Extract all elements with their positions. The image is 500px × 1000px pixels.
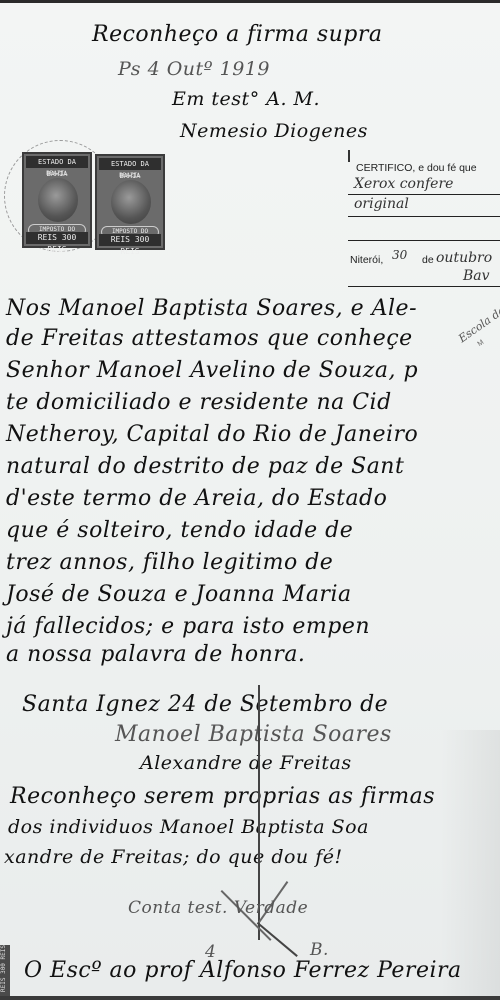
stamp-country: BRAZIL (97, 172, 163, 179)
cert-rule (348, 194, 500, 195)
cross-diagonal-line (257, 922, 298, 957)
body-line: que é solteiro, tendo idade de (6, 518, 353, 543)
stamp-state: ESTADO DA BAHIA (99, 158, 161, 170)
cert-rule (348, 216, 500, 217)
stamp-state: ESTADO DA BAHIA (26, 156, 88, 168)
body-line: trez annos, filho legitimo de (6, 550, 333, 575)
cert-rule (348, 240, 500, 241)
notary-line: dos individuos Manoel Baptista Soa (8, 816, 369, 838)
side-stamp-text: REIS 300 REIS (0, 945, 7, 992)
body-line: José de Souza e Joanna Maria (6, 582, 352, 607)
header-annotation-line: Reconheço a firma supra (92, 22, 383, 47)
body-line: Nos Manoel Baptista Soares, e Ale- (6, 296, 417, 321)
body-line: já fallecidos; e para isto empen (6, 614, 370, 639)
header-annotation-line: Em test° A. M. (172, 88, 320, 110)
cert-hand-line: original (354, 196, 409, 212)
diagonal-stamp-sub: M (477, 339, 486, 348)
header-annotation-line: Nemesio Diogenes (180, 120, 368, 142)
cert-day: 30 (392, 248, 407, 262)
cert-signature: Bav (463, 268, 490, 284)
signature: Manoel Baptista Soares (115, 722, 392, 747)
stamp-value: REIS 300 REIS (26, 232, 88, 244)
bottom-line: O Escº ao prof Alfonso Ferrez Pereira (24, 958, 462, 983)
cert-printed-label: CERTIFICO, e dou fé que (356, 162, 477, 174)
revenue-stamp: ESTADO DA BAHIA BRAZIL IMPOSTO DO SELLO … (95, 154, 165, 250)
header-annotation-line: Ps 4 Outº 1919 (118, 58, 270, 80)
scan-bottom-edge (0, 996, 500, 1000)
body-line: natural do destrito de paz de Sant (6, 454, 404, 479)
cert-month: outubro (436, 250, 492, 266)
body-line: Senhor Manoel Avelino de Souza, p (6, 358, 418, 383)
scan-shadow (440, 730, 500, 1000)
cert-rule (348, 286, 500, 287)
stamp-value: REIS 300 REIS (99, 234, 161, 246)
notary-line: xandre de Freitas; do que dou fé! (4, 846, 343, 868)
body-line: Netheroy, Capital do Rio de Janeiro (6, 422, 418, 447)
document-page: Reconheço a firma supra Ps 4 Outº 1919 E… (0, 0, 500, 1000)
cross-mark-right: B. (310, 940, 329, 960)
signature: Alexandre de Freitas (140, 752, 352, 774)
notary-line: Reconheço serem proprias as firmas (10, 784, 435, 809)
certification-stamp: CERTIFICO, e dou fé que Xerox confere or… (348, 158, 500, 298)
side-stamp-strip: REIS 300 REIS (0, 945, 10, 1000)
portrait-icon (38, 178, 78, 222)
notary-sign: Conta test. Verdade (128, 898, 308, 918)
body-line: te domiciliado e residente na Cid (6, 390, 392, 415)
body-line: de Freitas attestamos que conheçe (6, 326, 413, 351)
portrait-icon (111, 180, 151, 224)
cert-hand-line: Xerox confere (354, 176, 453, 192)
body-line: a nossa palavra de honra. (6, 642, 305, 667)
diagonal-stamp: Escola da (456, 304, 500, 345)
cert-de: de (422, 254, 434, 266)
body-line: d'este termo de Areia, do Estado (6, 486, 387, 511)
scan-top-edge (0, 0, 500, 3)
stamp-country: BRAZIL (24, 170, 90, 177)
cert-marker (348, 150, 350, 162)
revenue-stamp: ESTADO DA BAHIA BRAZIL IMPOSTO DO SELLO … (22, 152, 92, 248)
date-line: Santa Ignez 24 de Setembro de (22, 692, 388, 717)
cert-city: Niterói, (350, 254, 383, 266)
